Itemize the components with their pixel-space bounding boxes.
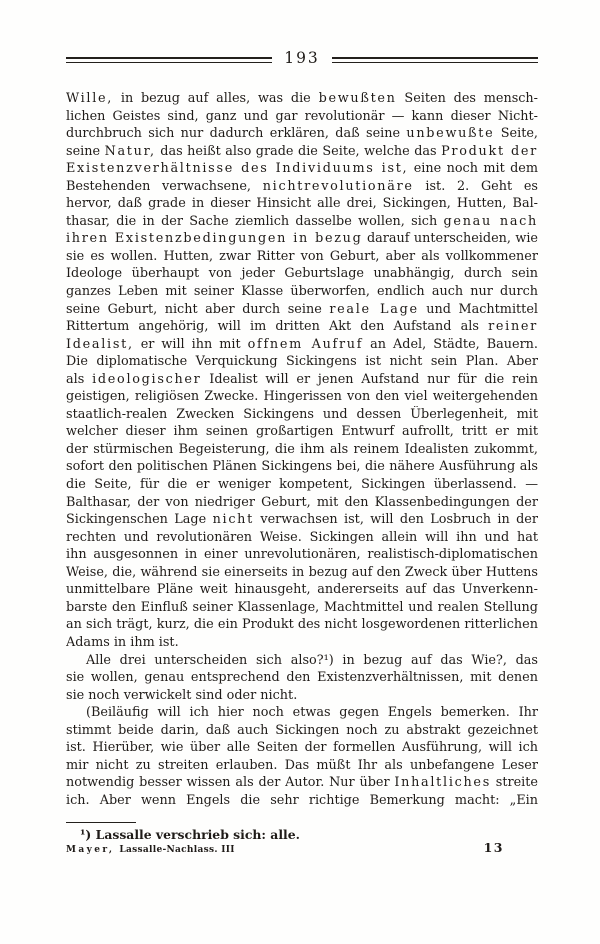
text-line: der stürmischen Begeisterung, die ihm al… <box>66 441 538 459</box>
text-line: als ideologischer Idealist will er jenen… <box>66 371 538 389</box>
plain-text: Rittertum angehörig, will im dritten Akt… <box>66 319 488 334</box>
plain-text: Bestehenden verwachsene, <box>66 179 263 194</box>
footer-signature: Mayer, <box>66 845 114 855</box>
text-line: rechten und revolutionären Weise. Sickin… <box>66 529 538 547</box>
text-line: Die diplomatische Verquickung Sickingens… <box>66 353 538 371</box>
text-line: Adams in ihm ist. <box>66 634 538 652</box>
text-line: seine Natur, das heißt also grade die Se… <box>66 143 538 161</box>
plain-text: Seite, <box>494 126 538 141</box>
page-header: 193 <box>66 51 538 69</box>
plain-text: (Beiläufig will ich hier noch etwas gege… <box>86 705 538 720</box>
plain-text: geistigen, religiösen Zwecke. Hingerisse… <box>66 389 538 404</box>
plain-text: das heißt also grade die Seite, welche d… <box>156 144 441 159</box>
text-line: Sickingenschen Lage nicht verwachsen ist… <box>66 511 538 529</box>
plain-text: Die diplomatische Verquickung Sickingens… <box>66 354 538 369</box>
plain-text: rechten und revolutionären Weise. Sickin… <box>66 530 538 545</box>
paragraph: Alle drei unterscheiden sich also?¹) in … <box>66 652 538 705</box>
text-line: staatlich-realen Zwecken Sickingens und … <box>66 406 538 424</box>
text-line: welcher dieser ihm seinen großartigen En… <box>66 423 538 441</box>
plain-text: Ideologe überhaupt von jeder Geburtslage… <box>66 266 538 281</box>
plain-text: unmittelbare Pläne weit hinausgeht, ande… <box>66 582 538 597</box>
text-line: thasar, die in der Sache ziemlich dassel… <box>66 213 538 231</box>
plain-text: durchbruch sich nur dadurch erklären, da… <box>66 126 406 141</box>
plain-text: der stürmischen Begeisterung, die ihm al… <box>66 442 538 457</box>
text-line: Bestehenden verwachsene, nichtrevolution… <box>66 178 538 196</box>
text-line: Rittertum angehörig, will im dritten Akt… <box>66 318 538 336</box>
text-line: stimmt beide darin, daß auch Sickingen n… <box>66 722 538 740</box>
plain-text: eine noch mit dem <box>408 161 538 176</box>
text-line: sie wollen, genau entsprechend den Exist… <box>66 669 538 687</box>
text-line: geistigen, religiösen Zwecke. Hingerisse… <box>66 388 538 406</box>
page-footer: Mayer,Lassalle-Nachlass. III 13 <box>66 844 518 857</box>
text-line: hervor, daß grade in dieser Hinsicht all… <box>66 195 538 213</box>
emphasized-text: Inhaltliches <box>394 775 491 790</box>
plain-text: staatlich-realen Zwecken Sickingens und … <box>66 407 538 422</box>
plain-text: sie noch verwickelt sind oder nicht. <box>66 688 297 703</box>
plain-text: mir nicht zu streiten erlauben. Das müßt… <box>66 758 538 773</box>
emphasized-text: bewußten <box>319 91 397 106</box>
emphasized-text: genau nach <box>444 214 538 229</box>
text-line: notwendig besser wissen als der Autor. N… <box>66 774 538 792</box>
emphasized-text: Wille, <box>66 91 113 106</box>
emphasized-text: Idealist, <box>66 337 134 352</box>
header-rule-left <box>66 57 272 63</box>
text-line: (Beiläufig will ich hier noch etwas gege… <box>66 704 538 722</box>
footnote-separator <box>66 822 136 823</box>
plain-text: verwachsen ist, will den Losbruch in der <box>254 512 538 527</box>
emphasized-text: ihren Existenzbedingungen in bezug <box>66 231 363 246</box>
text-line: an sich trägt, kurz, die ein Produkt des… <box>66 616 538 634</box>
emphasized-text: ideologischer <box>92 372 201 387</box>
plain-text: als <box>66 372 92 387</box>
text-line: Existenzverhältnisse des Individuums ist… <box>66 160 538 178</box>
plain-text: barste den Einfluß seiner Klassenlage, M… <box>66 600 538 615</box>
plain-text: seine Geburt, nicht aber durch seine <box>66 302 329 317</box>
emphasized-text: reiner <box>488 319 538 334</box>
plain-text: seine <box>66 144 105 159</box>
plain-text: Adams in ihm ist. <box>66 635 179 650</box>
plain-text: ich. Aber wenn Engels die sehr richtige … <box>66 793 538 808</box>
emphasized-text: Existenzverhältnisse des Individuums ist… <box>66 161 408 176</box>
plain-text: er will ihn mit <box>134 337 248 352</box>
paragraph: Wille, in bezug auf alles, was die bewuß… <box>66 90 538 652</box>
plain-text: Idealist will er jenen Aufstand nur für … <box>202 372 539 387</box>
plain-text: darauf unterscheiden, wie <box>363 231 538 246</box>
text-line: sie es wollen. Hutten, zwar Ritter von G… <box>66 248 538 266</box>
plain-text: Balthasar, der von niedriger Geburt, mit… <box>66 495 538 510</box>
text-line: mir nicht zu streiten erlauben. Das müßt… <box>66 757 538 775</box>
text-line: Weise, die, während sie einerseits in be… <box>66 564 538 582</box>
text-line: ich. Aber wenn Engels die sehr richtige … <box>66 792 538 810</box>
plain-text: sofort den politischen Plänen Sickingens… <box>66 459 538 474</box>
plain-text: ganzes Leben mit seiner Klasse überworfe… <box>66 284 538 299</box>
text-line: barste den Einfluß seiner Klassenlage, M… <box>66 599 538 617</box>
plain-text: Alle drei unterscheiden sich also?¹) in … <box>86 653 538 668</box>
plain-text: die Seite, für die er weniger kompetent,… <box>66 477 538 492</box>
emphasized-text: offnem Aufruf <box>248 337 364 352</box>
plain-text: thasar, die in der Sache ziemlich dassel… <box>66 214 444 229</box>
plain-text: stimmt beide darin, daß auch Sickingen n… <box>66 723 538 738</box>
text-line: ihren Existenzbedingungen in bezug darau… <box>66 230 538 248</box>
plain-text: hervor, daß grade in dieser Hinsicht all… <box>66 196 538 211</box>
text-line: die Seite, für die er weniger kompetent,… <box>66 476 538 494</box>
plain-text: Sickingenschen Lage <box>66 512 213 527</box>
text-line: sofort den politischen Plänen Sickingens… <box>66 458 538 476</box>
sheet-number: 13 <box>484 841 504 854</box>
text-line: durchbruch sich nur dadurch erklären, da… <box>66 125 538 143</box>
text-line: Balthasar, der von niedriger Geburt, mit… <box>66 494 538 512</box>
emphasized-text: nicht <box>213 512 254 527</box>
text-line: ist. Hierüber, wie über alle Seiten der … <box>66 739 538 757</box>
text-line: unmittelbare Pläne weit hinausgeht, ande… <box>66 581 538 599</box>
footer-work-title: Lassalle-Nachlass. III <box>119 845 234 855</box>
plain-text: welcher dieser ihm seinen großartigen En… <box>66 424 538 439</box>
plain-text: an sich trägt, kurz, die ein Produkt des… <box>66 617 538 632</box>
emphasized-text: nichtrevolutionäre <box>263 179 414 194</box>
text-line: Wille, in bezug auf alles, was die bewuß… <box>66 90 538 108</box>
text-line: ihn ausgesonnen in einer unrevolutionäre… <box>66 546 538 564</box>
emphasized-text: Natur, <box>105 144 156 159</box>
emphasized-text: unbewußte <box>406 126 494 141</box>
emphasized-text: Produkt der <box>441 144 538 159</box>
plain-text: ist. Hierüber, wie über alle Seiten der … <box>66 740 538 755</box>
plain-text: sie es wollen. Hutten, zwar Ritter von G… <box>66 249 538 264</box>
plain-text: Weise, die, während sie einerseits in be… <box>66 565 538 580</box>
text-line: ganzes Leben mit seiner Klasse überworfe… <box>66 283 538 301</box>
body-text: Wille, in bezug auf alles, was die bewuß… <box>66 90 538 809</box>
plain-text: lichen Geistes sind, ganz und gar revolu… <box>66 109 538 124</box>
book-page: 193 Wille, in bezug auf alles, was die b… <box>0 0 600 944</box>
plain-text: streite <box>491 775 538 790</box>
plain-text: in bezug auf alles, was die <box>113 91 319 106</box>
plain-text: Seiten des mensch- <box>397 91 538 106</box>
page-number: 193 <box>272 49 332 67</box>
header-rule-right <box>332 57 538 63</box>
footnote-text: ¹) Lassalle verschrieb sich: alle. <box>80 827 300 842</box>
emphasized-text: reale Lage <box>329 302 418 317</box>
text-line: Alle drei unterscheiden sich also?¹) in … <box>66 652 538 670</box>
paragraph: (Beiläufig will ich hier noch etwas gege… <box>66 704 538 809</box>
plain-text: notwendig besser wissen als der Autor. N… <box>66 775 394 790</box>
plain-text: sie wollen, genau entsprechend den Exist… <box>66 670 538 685</box>
text-line: sie noch verwickelt sind oder nicht. <box>66 687 538 705</box>
plain-text: ihn ausgesonnen in einer unrevolutionäre… <box>66 547 538 562</box>
text-line: Ideologe überhaupt von jeder Geburtslage… <box>66 265 538 283</box>
text-line: seine Geburt, nicht aber durch seine rea… <box>66 301 538 319</box>
text-line: Idealist, er will ihn mit offnem Aufruf … <box>66 336 538 354</box>
plain-text: an Adel, Städte, Bauern. <box>363 337 538 352</box>
text-line: lichen Geistes sind, ganz und gar revolu… <box>66 108 538 126</box>
footnote: ¹) Lassalle verschrieb sich: alle. <box>66 826 538 843</box>
